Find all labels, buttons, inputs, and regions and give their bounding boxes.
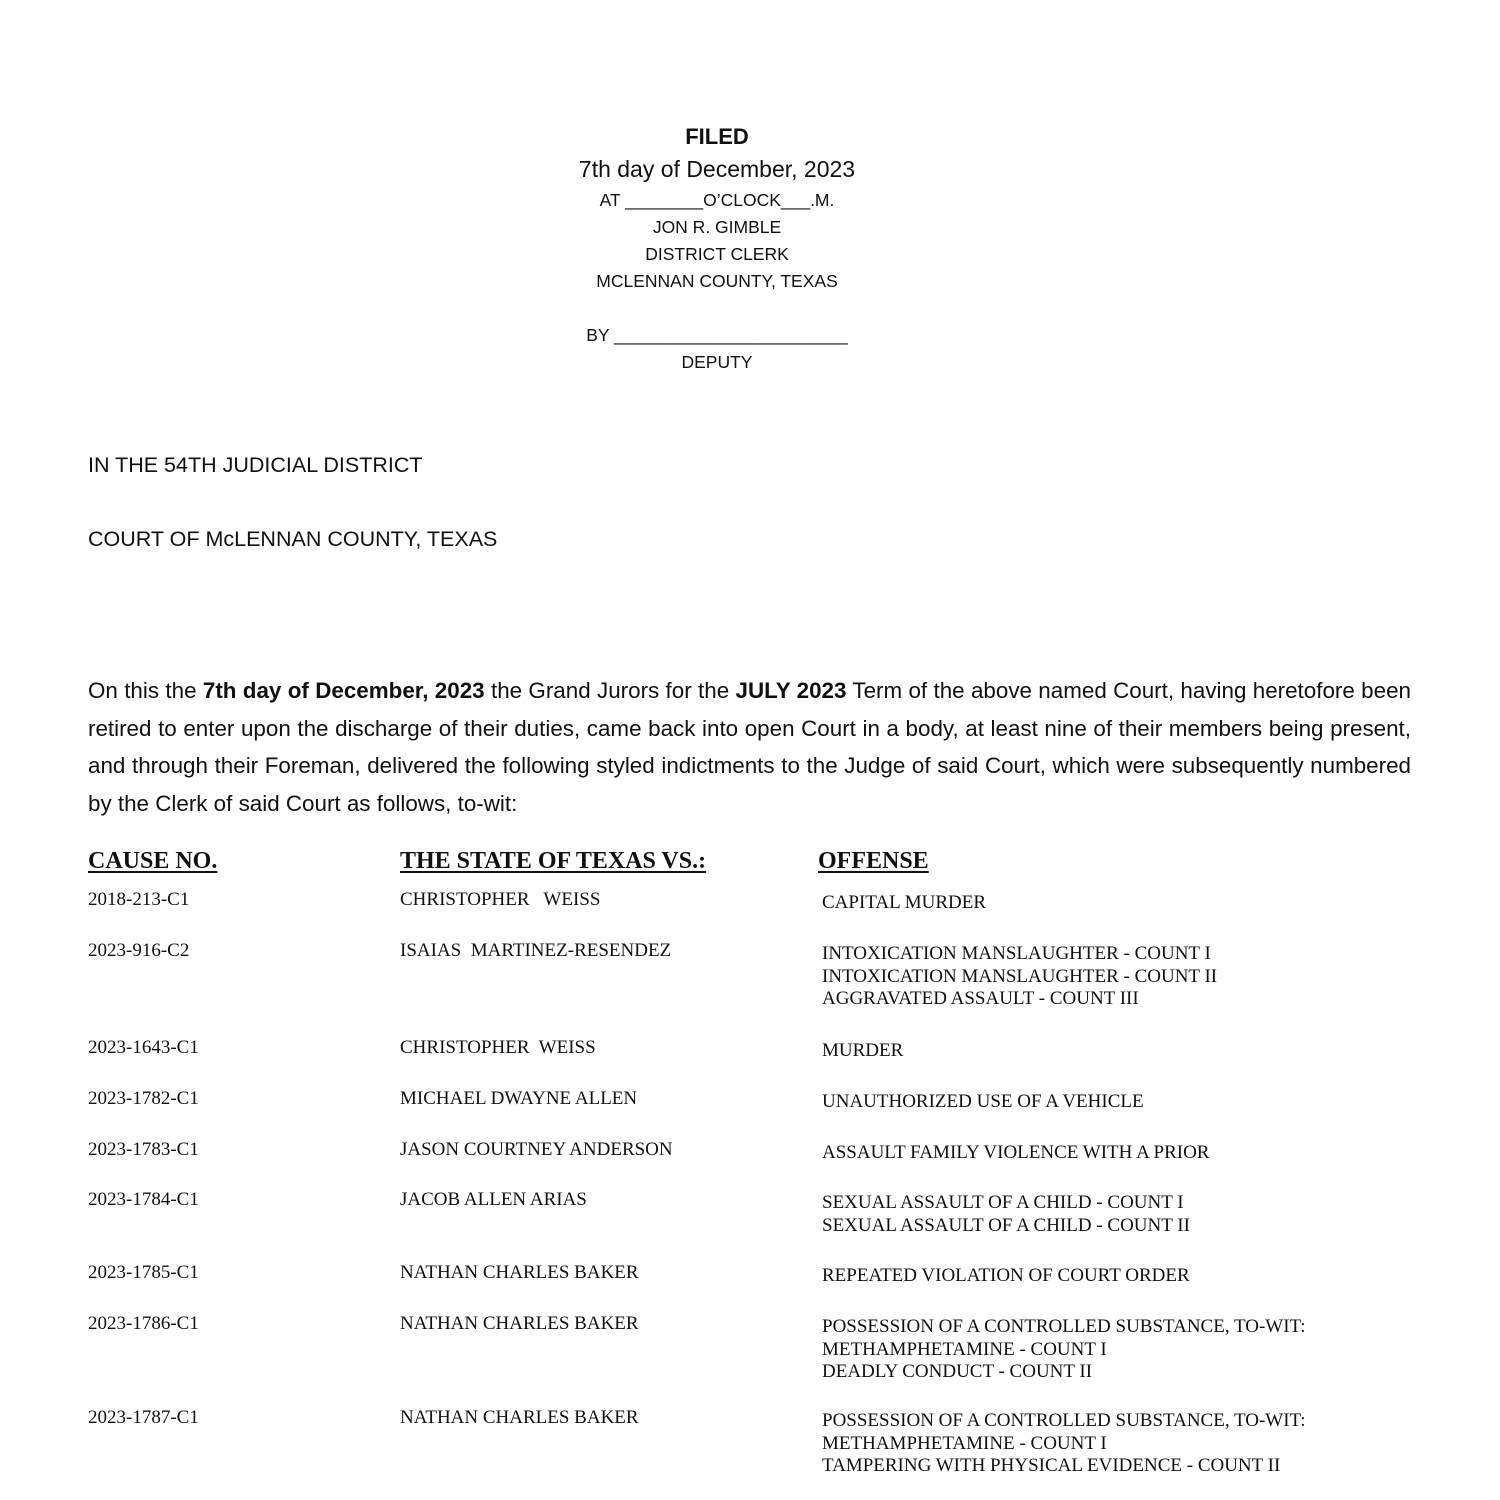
cause-number: 2023-1785-C1 [88, 1262, 199, 1284]
offense-item: TAMPERING WITH PHYSICAL EVIDENCE - COUNT… [822, 1455, 1306, 1478]
offense-list: CAPITAL MURDER [822, 892, 986, 915]
offense-list: INTOXICATION MANSLAUGHTER - COUNT IINTOX… [822, 943, 1217, 1011]
para-text-2: the Grand Jurors for the [485, 678, 736, 703]
offense-item: SEXUAL ASSAULT OF A CHILD - COUNT II [822, 1215, 1190, 1238]
defendant-name: NATHAN CHARLES BAKER [400, 1262, 639, 1284]
para-bold-term: JULY 2023 [736, 678, 847, 703]
cause-number: 2023-1787-C1 [88, 1407, 199, 1429]
filed-label: FILED [517, 124, 917, 150]
offense-item: MURDER [822, 1040, 903, 1063]
offense-item: UNAUTHORIZED USE OF A VEHICLE [822, 1091, 1144, 1114]
cause-number: 2023-1786-C1 [88, 1313, 199, 1335]
defendant-name: JACOB ALLEN ARIAS [400, 1189, 587, 1211]
header-cause-no: CAUSE NO. [88, 848, 217, 875]
clerk-title: DISTRICT CLERK [517, 244, 917, 265]
offense-list: REPEATED VIOLATION OF COURT ORDER [822, 1265, 1190, 1288]
clerk-name: JON R. GIMBLE [517, 217, 917, 238]
offense-item: CAPITAL MURDER [822, 892, 986, 915]
defendant-name: CHRISTOPHER WEISS [400, 1037, 596, 1059]
intro-paragraph: On this the 7th day of December, 2023 th… [88, 672, 1411, 823]
offense-list: ASSAULT FAMILY VIOLENCE WITH A PRIOR [822, 1142, 1209, 1165]
cause-number: 2023-1784-C1 [88, 1189, 199, 1211]
document-page: FILED 7th day of December, 2023 AT _____… [0, 0, 1500, 1500]
cause-number: 2023-1643-C1 [88, 1037, 199, 1059]
offense-item: METHAMPHETAMINE - COUNT I [822, 1339, 1306, 1362]
defendant-name: NATHAN CHARLES BAKER [400, 1407, 639, 1429]
defendant-name: MICHAEL DWAYNE ALLEN [400, 1088, 637, 1110]
court-heading-line-1: IN THE 54TH JUDICIAL DISTRICT [88, 453, 423, 478]
defendant-name: JASON COURTNEY ANDERSON [400, 1139, 673, 1161]
offense-item: METHAMPHETAMINE - COUNT I [822, 1433, 1306, 1456]
filed-time-line: AT ________O’CLOCK___.M. [517, 190, 917, 211]
cause-number: 2018-213-C1 [88, 889, 189, 911]
para-text-1: On this the [88, 678, 203, 703]
offense-item: REPEATED VIOLATION OF COURT ORDER [822, 1265, 1190, 1288]
deputy-label: DEPUTY [517, 352, 917, 373]
header-defendant: THE STATE OF TEXAS VS.: [400, 848, 706, 875]
offense-list: SEXUAL ASSAULT OF A CHILD - COUNT ISEXUA… [822, 1192, 1190, 1237]
offense-item: POSSESSION OF A CONTROLLED SUBSTANCE, TO… [822, 1316, 1306, 1339]
offense-list: POSSESSION OF A CONTROLLED SUBSTANCE, TO… [822, 1410, 1306, 1478]
defendant-name: ISAIAS MARTINEZ-RESENDEZ [400, 940, 671, 962]
header-offense: OFFENSE [818, 848, 929, 875]
offense-item: INTOXICATION MANSLAUGHTER - COUNT I [822, 943, 1217, 966]
offense-list: UNAUTHORIZED USE OF A VEHICLE [822, 1091, 1144, 1114]
cause-number: 2023-916-C2 [88, 940, 189, 962]
offense-item: INTOXICATION MANSLAUGHTER - COUNT II [822, 966, 1217, 989]
clerk-county: MCLENNAN COUNTY, TEXAS [517, 271, 917, 292]
cause-number: 2023-1783-C1 [88, 1139, 199, 1161]
offense-item: DEADLY CONDUCT - COUNT II [822, 1361, 1306, 1384]
deputy-signature-line: BY ________________________ [517, 325, 917, 346]
para-bold-date: 7th day of December, 2023 [203, 678, 485, 703]
offense-item: AGGRAVATED ASSAULT - COUNT III [822, 988, 1217, 1011]
defendant-name: NATHAN CHARLES BAKER [400, 1313, 639, 1335]
court-heading-line-2: COURT OF McLENNAN COUNTY, TEXAS [88, 527, 497, 552]
offense-list: POSSESSION OF A CONTROLLED SUBSTANCE, TO… [822, 1316, 1306, 1384]
offense-list: MURDER [822, 1040, 903, 1063]
offense-item: ASSAULT FAMILY VIOLENCE WITH A PRIOR [822, 1142, 1209, 1165]
offense-item: POSSESSION OF A CONTROLLED SUBSTANCE, TO… [822, 1410, 1306, 1433]
offense-item: SEXUAL ASSAULT OF A CHILD - COUNT I [822, 1192, 1190, 1215]
defendant-name: CHRISTOPHER WEISS [400, 889, 600, 911]
cause-number: 2023-1782-C1 [88, 1088, 199, 1110]
filed-date: 7th day of December, 2023 [517, 156, 917, 183]
